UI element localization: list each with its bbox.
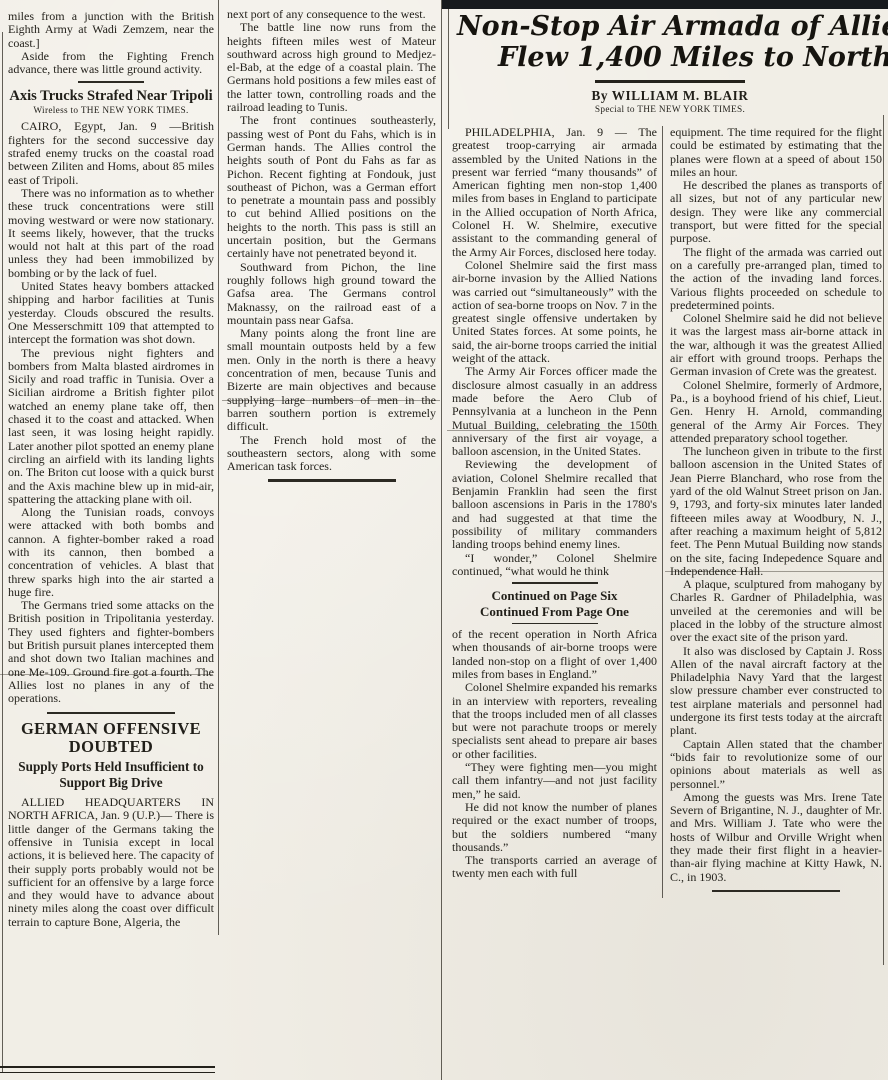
- headline-line-2: Flew 1,400 Miles to North Africa: [498, 42, 888, 73]
- article-end-rule: [268, 479, 396, 482]
- paragraph: He did not know the number of planes req…: [452, 801, 657, 854]
- paragraph: next port of any consequence to the west…: [227, 8, 436, 21]
- continued-from-note: Continued From Page One: [452, 604, 657, 619]
- col1-col2-divider: [218, 0, 219, 935]
- paragraph: of the recent operation in North Africa …: [452, 628, 657, 681]
- column-4: equipment. The time required for the fli…: [663, 126, 882, 898]
- wire-credit: Wireless to THE NEW YORK TIMES.: [8, 106, 214, 116]
- paragraph: The Germans tried some attacks on the Br…: [8, 599, 214, 705]
- paragraph: Southward from Pichon, the line roughly …: [227, 261, 436, 327]
- continued-rule: [512, 623, 598, 625]
- paragraph: Colonel Shelmire said he did not believe…: [670, 312, 882, 378]
- top-masthead-bar: [442, 0, 888, 9]
- paragraph: The Army Air Forces officer made the dis…: [452, 365, 657, 458]
- paragraph: CAIRO, Egypt, Jan. 9 —British fighters f…: [8, 120, 214, 186]
- paragraph: It also was disclosed by Captain J. Ross…: [670, 645, 882, 738]
- column-3: PHILADELPHIA, Jan. 9 — The greatest troo…: [452, 126, 663, 898]
- column-2: next port of any consequence to the west…: [227, 8, 436, 488]
- paragraph: miles from a junction with the British E…: [8, 10, 214, 50]
- article-heading-axis-trucks: Axis Trucks Strafed Near Tripoli: [8, 88, 214, 104]
- paragraph: Reviewing the development of aviation, C…: [452, 458, 657, 551]
- paragraph: ALLIED HEADQUARTERS IN NORTH AFRICA, Jan…: [8, 796, 214, 929]
- byline: By WILLIAM M. BLAIR: [452, 88, 888, 104]
- paragraph: Colonel Shelmire, formerly of Ardmore, P…: [670, 379, 882, 445]
- paragraph: The flight of the armada was carried out…: [670, 246, 882, 312]
- paragraph: There was no information as to whether t…: [8, 187, 214, 280]
- paragraph: Many points along the front line are sma…: [227, 327, 436, 433]
- headline-rule: [595, 80, 745, 83]
- continued-rule: [512, 582, 598, 584]
- paragraph: The battle line now runs from the height…: [227, 21, 436, 114]
- paragraph: Colonel Shelmire expanded his remarks in…: [452, 681, 657, 761]
- paragraph: United States heavy bombers attacked shi…: [8, 280, 214, 346]
- paragraph: Captain Allen stated that the chamber “b…: [670, 738, 882, 791]
- left-edge-rule: [2, 32, 3, 1072]
- article-end-rule: [712, 890, 840, 893]
- main-article-header: Non-Stop Air Armada of Allies Flew 1,400…: [452, 11, 888, 115]
- special-credit: Special to THE NEW YORK TIMES.: [452, 105, 888, 115]
- paragraph: The luncheon given in tribute to the fir…: [670, 445, 882, 578]
- main-article-columns: PHILADELPHIA, Jan. 9 — The greatest troo…: [452, 126, 888, 898]
- paragraph: “I wonder,” Colonel Shelmire continued, …: [452, 552, 657, 579]
- headline-left-rule: [448, 9, 449, 129]
- paragraph: PHILADELPHIA, Jan. 9 — The greatest troo…: [452, 126, 657, 259]
- headline-line-1: Non-Stop Air Armada of Allies: [457, 11, 888, 42]
- col1-end-double-rule: [0, 1066, 215, 1073]
- article-heading-german-offensive: GERMAN OFFENSIVE DOUBTED: [8, 720, 214, 756]
- paragraph: He described the planes as transports of…: [670, 179, 882, 245]
- section-rule: [47, 712, 175, 715]
- paragraph: Aside from the Fighting French advance, …: [8, 50, 214, 77]
- paragraph: The front continues southeasterly, passi…: [227, 114, 436, 260]
- article-subheading: Supply Ports Held Insufficient to Suppor…: [16, 759, 206, 790]
- continued-on-note: Continued on Page Six: [452, 588, 657, 603]
- left-section-divider: [441, 0, 442, 1080]
- paragraph: Along the Tunisian roads, convoys were a…: [8, 506, 214, 599]
- paragraph: The transports carried an average of twe…: [452, 854, 657, 881]
- paragraph: Among the guests was Mrs. Irene Tate Sev…: [670, 791, 882, 884]
- paragraph: equipment. The time required for the fli…: [670, 126, 882, 179]
- paragraph: A plaque, sculptured from mahogany by Ch…: [670, 578, 882, 644]
- paragraph: Colonel Shelmire said the first mass air…: [452, 259, 657, 365]
- section-rule: [78, 81, 144, 83]
- column-1: miles from a junction with the British E…: [8, 10, 214, 929]
- paragraph: The previous night fighters and bombers …: [8, 347, 214, 507]
- paragraph: The French hold most of the southeastern…: [227, 434, 436, 474]
- paragraph: “They were fighting men—you might call t…: [452, 761, 657, 801]
- newspaper-page: miles from a junction with the British E…: [0, 0, 888, 1080]
